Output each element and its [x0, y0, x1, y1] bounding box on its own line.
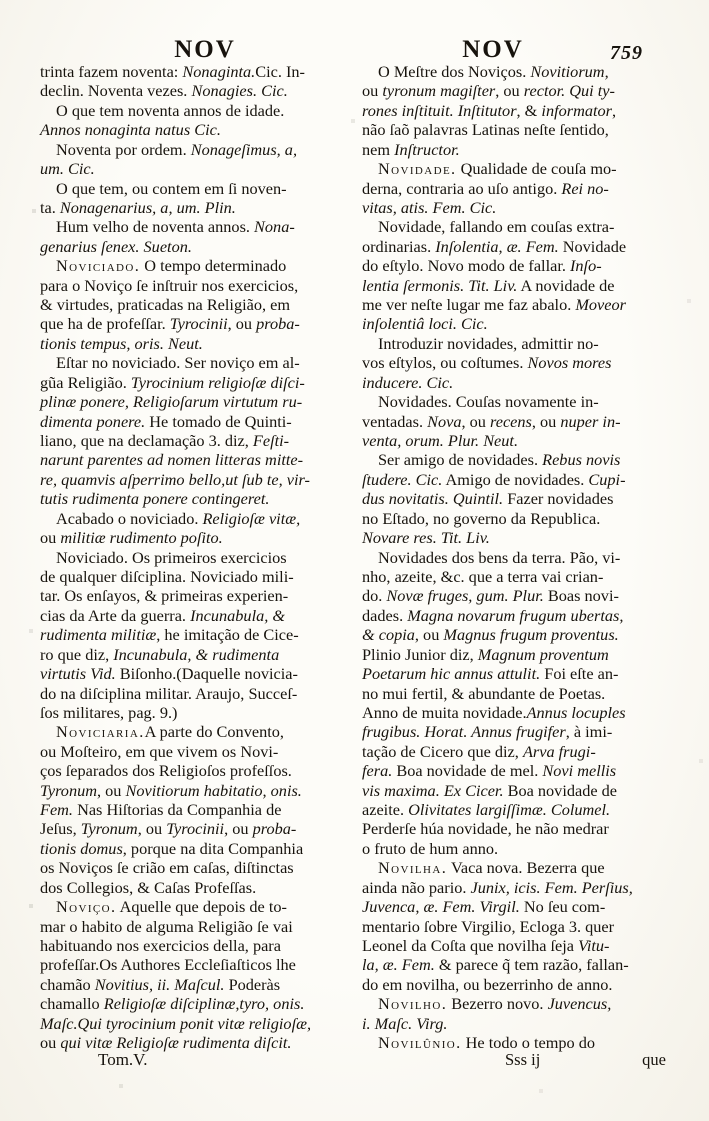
text-line: Maſc.Qui tyrocinium ponit vitæ religioſæ… [40, 1014, 358, 1033]
text-line: não ſaõ palavras Latinas neſte ſentido, [362, 120, 680, 139]
text-line: profeſſar.Os Authores Eccleſiaſticos lhe [40, 955, 358, 974]
text-line: dimenta ponere. He tomado de Quinti- [40, 412, 358, 431]
text-line: Novare res. Tit. Liv. [362, 528, 680, 547]
text-line: re, quamvis aſperrimo bello,ut ſub te, v… [40, 470, 358, 489]
column-left: trinta fazem noventa: Nonaginta.Cic. In-… [40, 62, 358, 1053]
text-line: Annos nonaginta natus Cic. [40, 120, 358, 139]
text-line: nem Inſtructor. [362, 140, 680, 159]
text-line: Noviciado. Os primeiros exercicios [40, 548, 358, 567]
text-line: tar. Os enſayos, & primeiras experien- [40, 586, 358, 605]
text-line: Noviciaria.A parte do Convento, [40, 722, 358, 741]
text-line: azeite. Olivitates largiſſimæ. Columel. [362, 800, 680, 819]
text-line: do na diſciplina militar. Araujo, Succeſ… [40, 684, 358, 703]
text-line: do eſtylo. Novo modo de fallar. Inſo- [362, 256, 680, 275]
text-line: dos Collegios, & Caſas Profeſſas. [40, 878, 358, 897]
text-line: de qualquer diſciplina. Noviciado mili- [40, 567, 358, 586]
text-line: frugibus. Horat. Annus frugifer, à imi- [362, 722, 680, 741]
book-page: NOV NOV 759 trinta fazem noventa: Nonagi… [0, 0, 709, 1121]
text-line: ços ſeparados dos Religioſos profeſſos. [40, 761, 358, 780]
text-line: Perderſe húa novidade, he não medrar [362, 819, 680, 838]
text-line: derna, contraria ao uſo antigo. Rei no- [362, 179, 680, 198]
text-line: Ser amigo de novidades. Rebus novis [362, 450, 680, 469]
text-line: no mui fertil, & abundante de Poetas. [362, 684, 680, 703]
text-line: Novidades dos bens da terra. Pão, vi- [362, 548, 680, 567]
text-line: os Noviços ſe crião em caſas, diſtinctas [40, 858, 358, 877]
text-line: & copia, ou Magnus frugum proventus. [362, 625, 680, 644]
text-line: me ver neſte lugar me faz abalo. Moveor [362, 295, 680, 314]
text-line: Leonel da Coſta que novilha ſeja Vitu- [362, 936, 680, 955]
text-line: venta, orum. Plur. Neut. [362, 431, 680, 450]
scan-specks [0, 0, 2, 2]
text-line: dades. Magna novarum frugum ubertas, [362, 606, 680, 625]
text-line: Eſtar no noviciado. Ser noviço em al- [40, 353, 358, 372]
text-line: Novilho. Bezerro novo. Juvencus, [362, 994, 680, 1013]
text-line: chamallo Religioſæ diſciplinæ,tyro, onis… [40, 994, 358, 1013]
text-line: Noviço. Aquelle que depois de to- [40, 897, 358, 916]
text-line: Plinio Junior diz, Magnum proventum [362, 645, 680, 664]
text-line: Fem. Nas Hiſtorias da Companhia de [40, 800, 358, 819]
text-line: O que tem noventa annos de idade. [40, 101, 358, 120]
text-line: Novidades. Couſas novamente in- [362, 392, 680, 411]
text-line: ſos militares, pag. 9.) [40, 703, 358, 722]
text-line: ſtudere. Cic. Amigo de novidades. Cupi- [362, 470, 680, 489]
text-line: O Meſtre dos Noviços. Novitiorum, [362, 62, 680, 81]
text-line: liano, que na declamação 3. diz, Feſti- [40, 431, 358, 450]
text-line: o fruto de hum anno. [362, 839, 680, 858]
text-line: inſolentiâ loci. Cic. [362, 314, 680, 333]
text-line: ordinarias. Inſolentia, æ. Fem. Novidade [362, 237, 680, 256]
running-title-right: NOV [362, 36, 624, 64]
text-line: tionis tempus, oris. Neut. [40, 334, 358, 353]
text-line: Novilha. Vaca nova. Bezerra que [362, 858, 680, 877]
text-line: narunt parentes ad nomen litteras mitte- [40, 450, 358, 469]
text-line: chamão Novitius, ii. Maſcul. Poderàs [40, 975, 358, 994]
text-line: ou Moſteiro, em que vivem os Novi- [40, 742, 358, 761]
text-line: O que tem, ou contem em ſi noven- [40, 179, 358, 198]
text-line: para o Noviço ſe inſtruir nos exercicios… [40, 276, 358, 295]
text-line: la, æ. Fem. & parece q̃ tem razão, falla… [362, 955, 680, 974]
text-line: Jeſus, Tyronum, ou Tyrocinii, ou proba- [40, 819, 358, 838]
text-line: do em novilha, ou bezerrinho de anno. [362, 975, 680, 994]
text-line: dus novitatis. Quintil. Fazer novidades [362, 489, 680, 508]
text-line: Noventa por ordem. Nonageſimus, a, [40, 140, 358, 159]
text-line: tação de Cicero que diz, Arva frugi- [362, 742, 680, 761]
text-line: Noviciado. O tempo determinado [40, 256, 358, 275]
text-line: i. Maſc. Virg. [362, 1014, 680, 1033]
text-line: rudimenta militiæ, he imitação de Cice- [40, 625, 358, 644]
text-line: ou qui vitæ Religioſæ rudimenta diſcit. [40, 1033, 358, 1052]
text-line: Hum velho de noventa annos. Nona- [40, 217, 358, 236]
text-line: Novidade, fallando em couſas extra- [362, 217, 680, 236]
text-line: Anno de muita novidade.Annus locuples [362, 703, 680, 722]
text-line: ou tyronum magiſter, ou rector. Qui ty- [362, 81, 680, 100]
text-line: Introduzir novidades, admittir no- [362, 334, 680, 353]
text-line: vos eſtylos, ou coſtumes. Novos mores [362, 353, 680, 372]
text-line: Poetarum hic annus attulit. Foi eſte an- [362, 664, 680, 683]
text-line: ventadas. Nova, ou recens, ou nuper in- [362, 412, 680, 431]
text-line: mar o habito de alguma Religião ſe vai [40, 917, 358, 936]
text-line: ro que diz, Incunabula, & rudimenta [40, 645, 358, 664]
gathering-signature: Sss ij [505, 1050, 540, 1069]
text-line: genarius ſenex. Sueton. [40, 237, 358, 256]
column-right: O Meſtre dos Noviços. Novitiorum,ou tyro… [362, 62, 680, 1053]
running-title-left: NOV [40, 36, 370, 64]
text-line: que ha de profeſſar. Tyrocinii, ou proba… [40, 314, 358, 333]
text-line: Tyronum, ou Novitiorum habitatio, onis. [40, 781, 358, 800]
text-line: vis maxima. Ex Cicer. Boa novidade de [362, 781, 680, 800]
text-line: nho, azeite, &c. que a terra vai crian- [362, 567, 680, 586]
text-line: rones inſtituit. Inſtitutor, & informato… [362, 101, 680, 120]
text-line: no Eſtado, no governo da Republica. [362, 509, 680, 528]
text-line: fera. Boa novidade de mel. Novi mellis [362, 761, 680, 780]
text-line: Juvenca, æ. Fem. Virgil. No ſeu com- [362, 897, 680, 916]
text-line: plinæ ponere, Religioſarum virtutum ru- [40, 392, 358, 411]
text-line: ou militiæ rudimento poſito. [40, 528, 358, 547]
text-line: Acabado o noviciado. Religioſæ vitæ, [40, 509, 358, 528]
catchword: que [642, 1050, 666, 1069]
text-line: tutis rudimenta ponere contingeret. [40, 489, 358, 508]
text-line: mentario ſobre Virgilio, Ecloga 3. quer [362, 917, 680, 936]
text-line: Novidade. Qualidade de couſa mo- [362, 159, 680, 178]
text-line: cias da Arte da guerra. Incunabula, & [40, 606, 358, 625]
text-line: um. Cic. [40, 159, 358, 178]
text-line: trinta fazem noventa: Nonaginta.Cic. In- [40, 62, 358, 81]
text-line: virtutis Vid. Biſonho.(Daquelle novicia- [40, 664, 358, 683]
text-line: gũa Religião. Tyrocinium religioſæ diſci… [40, 373, 358, 392]
text-line: do. Novæ fruges, gum. Plur. Boas novi- [362, 586, 680, 605]
text-line: declin. Noventa vezes. Nonagies. Cic. [40, 81, 358, 100]
text-line: ta. Nonagenarius, a, um. Plin. [40, 198, 358, 217]
text-line: & virtudes, praticadas na Religião, em [40, 295, 358, 314]
text-line: habituando nos exercicios della, para [40, 936, 358, 955]
text-line: inducere. Cic. [362, 373, 680, 392]
text-line: vitas, atis. Fem. Cic. [362, 198, 680, 217]
text-line: lentia ſermonis. Tit. Liv. A novidade de [362, 276, 680, 295]
text-line: ainda não pario. Junix, icis. Fem. Perſi… [362, 878, 680, 897]
text-line: tionis domus, porque na dita Companhia [40, 839, 358, 858]
volume-label: Tom.V. [98, 1050, 148, 1069]
